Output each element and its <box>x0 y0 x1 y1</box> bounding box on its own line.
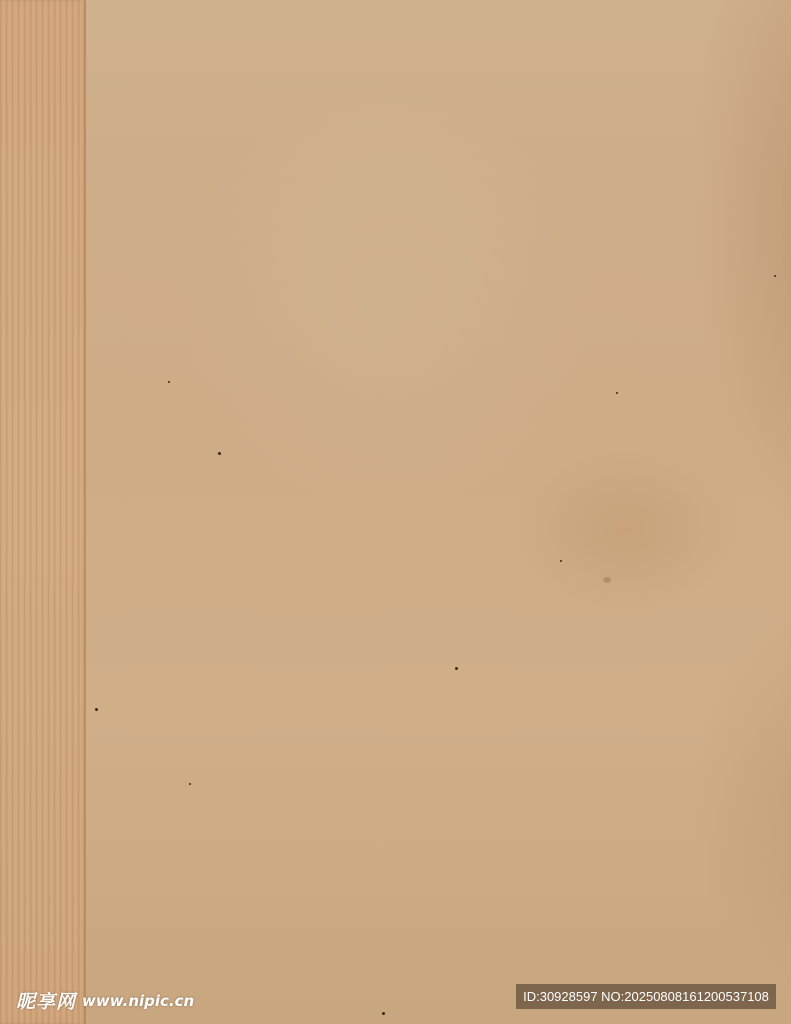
ribbed-binding-strip <box>0 0 86 1024</box>
watermark-id-badge: ID:30928597 NO:20250808161200537108 <box>516 984 776 1009</box>
speck <box>774 275 776 277</box>
paper-texture <box>0 0 791 1024</box>
paper-surface <box>86 0 791 1024</box>
speck <box>382 1012 385 1015</box>
speck <box>168 381 170 383</box>
speck <box>455 667 458 670</box>
watermark-url: www.nipic.cn <box>82 992 194 1010</box>
watermark-logo-text: 昵享网 <box>16 987 76 1014</box>
watermark-id-text: ID:30928597 NO:20250808161200537108 <box>523 989 769 1004</box>
speck <box>95 708 98 711</box>
watermark-logo: 昵享网 www.nipic.cn <box>16 987 194 1014</box>
speck <box>189 783 191 785</box>
speck <box>560 560 562 562</box>
speck <box>218 452 221 455</box>
speck <box>603 577 611 583</box>
speck <box>616 392 618 394</box>
